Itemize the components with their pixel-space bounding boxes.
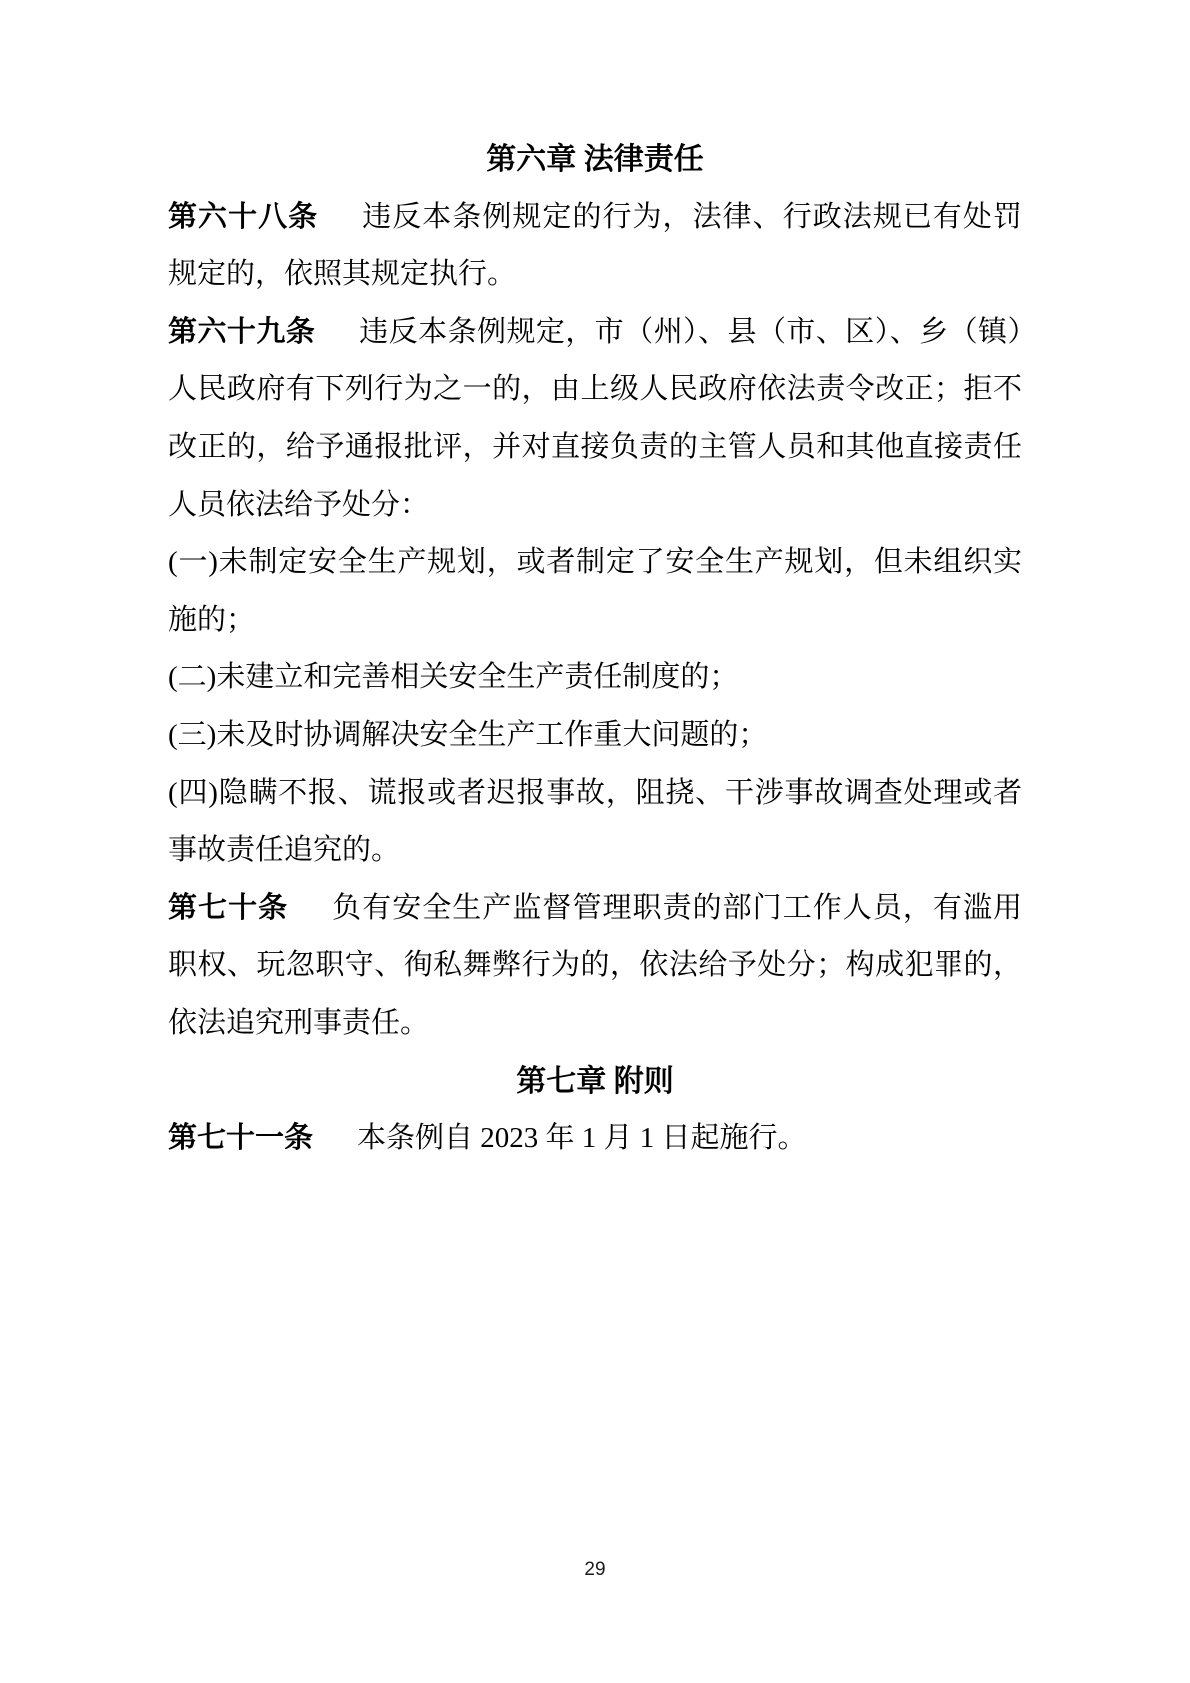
article-text-70: 负有安全生产监督管理职责的部门工作人员，有滥用职权、玩忽职守、徇私舞弊行为的，依… bbox=[168, 892, 1022, 1039]
document-body: 第六章 法律责任 第六十八条违反本条例规定的行为，法律、行政法规已有处罚规定的，… bbox=[168, 131, 1022, 1168]
list-item-3: (三)未及时协调解决安全生产工作重大问题的； bbox=[168, 707, 1022, 765]
document-page: 第六章 法律责任 第六十八条违反本条例规定的行为，法律、行政法规已有处罚规定的，… bbox=[0, 0, 1190, 1683]
article-number-68: 第六十八条 bbox=[168, 201, 318, 233]
chapter-heading-legal-liability: 第六章 法律责任 bbox=[168, 131, 1022, 189]
article-paragraph-71: 第七十一条本条例自 2023 年 1 月 1 日起施行。 bbox=[168, 1110, 1022, 1168]
list-item-2: (二)未建立和完善相关安全生产责任制度的； bbox=[168, 649, 1022, 707]
article-paragraph-70: 第七十条负有安全生产监督管理职责的部门工作人员，有滥用职权、玩忽职守、徇私舞弊行… bbox=[168, 880, 1022, 1053]
article-number-69: 第六十九条 bbox=[168, 316, 315, 348]
article-number-71: 第七十一条 bbox=[168, 1122, 313, 1154]
article-paragraph-68: 第六十八条违反本条例规定的行为，法律、行政法规已有处罚规定的，依照其规定执行。 bbox=[168, 189, 1022, 304]
page-number: 29 bbox=[0, 1556, 1190, 1584]
list-item-4: (四)隐瞒不报、谎报或者迟报事故，阻挠、干涉事故调查处理或者事故责任追究的。 bbox=[168, 765, 1022, 880]
article-number-70: 第七十条 bbox=[168, 892, 288, 924]
article-text-71: 本条例自 2023 年 1 月 1 日起施行。 bbox=[357, 1122, 807, 1154]
list-item-1: (一)未制定安全生产规划，或者制定了安全生产规划，但未组织实施的； bbox=[168, 534, 1022, 649]
chapter-heading-supplementary: 第七章 附则 bbox=[168, 1053, 1022, 1111]
article-paragraph-69: 第六十九条违反本条例规定，市（州）、县（市、区）、乡（镇）人民政府有下列行为之一… bbox=[168, 304, 1022, 534]
